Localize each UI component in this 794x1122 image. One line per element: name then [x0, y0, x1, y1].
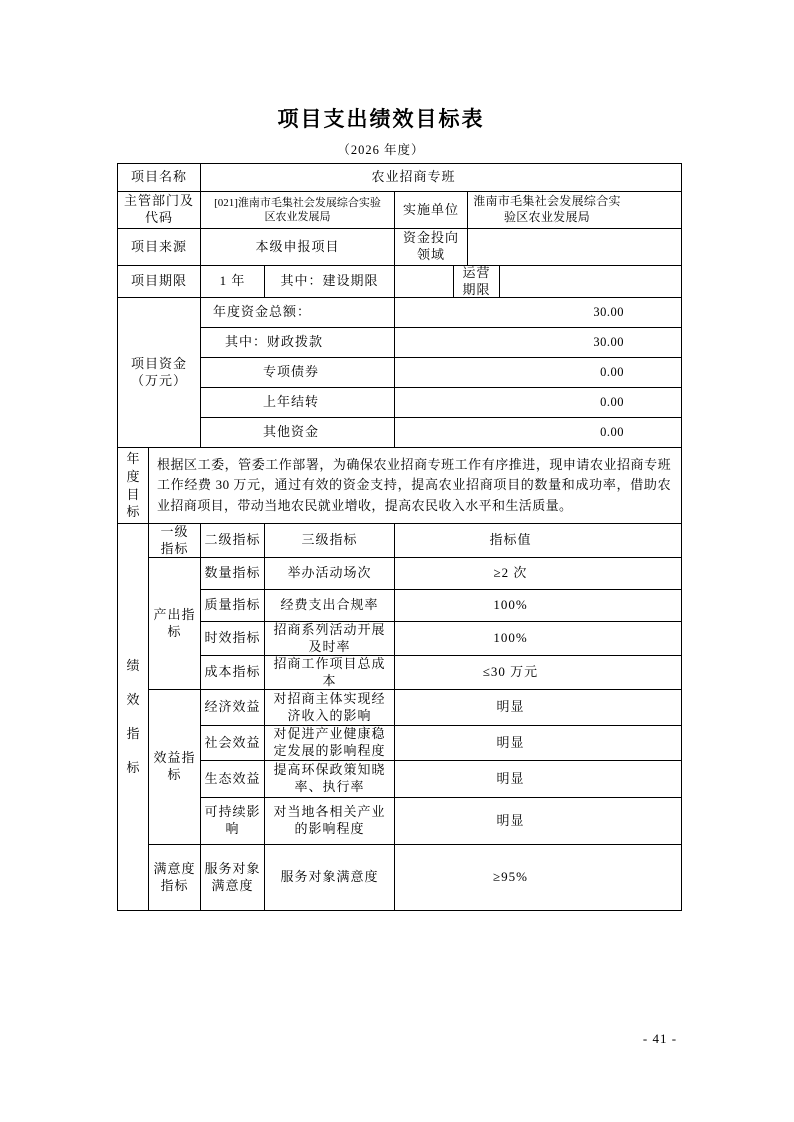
indicator-value: ≤30 万元: [395, 656, 682, 690]
funds-carryover-value: 0.00: [395, 388, 682, 418]
header-level2: 二级指标: [201, 524, 265, 558]
project-name-label: 项目名称: [118, 164, 201, 192]
indicator-l3: 经费支出合规率: [265, 590, 395, 622]
build-period-label: 其中：建设期限: [265, 266, 395, 298]
performance-label-text: 绩效指标: [126, 649, 141, 784]
header-value: 指标值: [395, 524, 682, 558]
page-number: - 41 -: [600, 1031, 720, 1047]
indicator-l3: 对促进产业健康稳 定发展的影响程度: [265, 726, 395, 761]
group-output-label: 产出指 标: [149, 558, 201, 690]
indicator-l3: 招商系列活动开展 及时率: [265, 622, 395, 656]
performance-label: 绩效指标: [118, 524, 149, 911]
header-level1: 一级 指标: [149, 524, 201, 558]
implementer-value: 淮南市毛集社会发展综合实 验区农业发展局: [468, 192, 682, 229]
funds-other-value: 0.00: [395, 418, 682, 448]
source-label: 项目来源: [118, 229, 201, 266]
indicator-value: 100%: [395, 622, 682, 656]
indicator-l2: 生态效益: [201, 761, 265, 798]
funds-bond-label: 专项债券: [201, 358, 395, 388]
funds-total-value: 30.00: [395, 298, 682, 328]
indicator-value: 明显: [395, 761, 682, 798]
funds-total-label: 年度资金总额：: [201, 298, 395, 328]
period-label: 项目期限: [118, 266, 201, 298]
indicator-l2: 成本指标: [201, 656, 265, 690]
indicator-l2: 数量指标: [201, 558, 265, 590]
indicator-l2: 服务对象 满意度: [201, 845, 265, 911]
indicator-l2: 可持续影 响: [201, 798, 265, 845]
indicator-l3: 提高环保政策知晓 率、执行率: [265, 761, 395, 798]
indicator-value: 明显: [395, 798, 682, 845]
operate-period-value: [500, 266, 682, 298]
funding-area-label: 资金投向 领域: [395, 229, 468, 266]
indicator-value: 100%: [395, 590, 682, 622]
funds-bond-value: 0.00: [395, 358, 682, 388]
header-level3: 三级指标: [265, 524, 395, 558]
funds-fiscal-value: 30.00: [395, 328, 682, 358]
group-satisfaction-label: 满意度 指标: [149, 845, 201, 911]
funds-label: 项目资金 （万元）: [118, 298, 201, 448]
annual-goal-label: 年度目标: [118, 448, 149, 524]
indicator-l3: 对招商主体实现经 济收入的影响: [265, 690, 395, 726]
indicator-l2: 经济效益: [201, 690, 265, 726]
period-value: 1 年: [201, 266, 265, 298]
source-value: 本级申报项目: [201, 229, 395, 266]
funds-fiscal-label: 其中：财政拨款: [201, 328, 395, 358]
performance-target-table: 项目名称 农业招商专班 主管部门及 代码 [021]淮南市毛集社会发展综合实验 …: [117, 163, 682, 911]
project-name-value: 农业招商专班: [201, 164, 682, 192]
funds-carryover-label: 上年结转: [201, 388, 395, 418]
indicator-value: ≥2 次: [395, 558, 682, 590]
indicator-l3: 服务对象满意度: [265, 845, 395, 911]
indicator-l2: 时效指标: [201, 622, 265, 656]
funding-area-value: [468, 229, 682, 266]
implementer-label: 实施单位: [395, 192, 468, 229]
indicator-l2: 质量指标: [201, 590, 265, 622]
group-benefit-label: 效益指 标: [149, 690, 201, 845]
page-title: 项目支出绩效目标表: [0, 103, 762, 133]
operate-period-label: 运营 期限: [454, 266, 500, 298]
page-subtitle: （2026 年度）: [0, 140, 762, 158]
document-page: { "page": { "title": "项目支出绩效目标表", "subti…: [0, 0, 794, 1122]
funds-other-label: 其他资金: [201, 418, 395, 448]
indicator-value: ≥95%: [395, 845, 682, 911]
indicator-l3: 招商工作项目总成 本: [265, 656, 395, 690]
annual-goal-label-text: 年度目标: [126, 450, 141, 520]
indicator-value: 明显: [395, 690, 682, 726]
indicator-l2: 社会效益: [201, 726, 265, 761]
annual-goal-text: 根据区工委，管委工作部署，为确保农业招商专班工作有序推进，现申请农业招商专班工作…: [149, 448, 682, 524]
build-period-value: [395, 266, 454, 298]
indicator-l3: 对当地各相关产业 的影响程度: [265, 798, 395, 845]
department-value: [021]淮南市毛集社会发展综合实验 区农业发展局: [201, 192, 395, 229]
department-label: 主管部门及 代码: [118, 192, 201, 229]
indicator-l3: 举办活动场次: [265, 558, 395, 590]
indicator-value: 明显: [395, 726, 682, 761]
